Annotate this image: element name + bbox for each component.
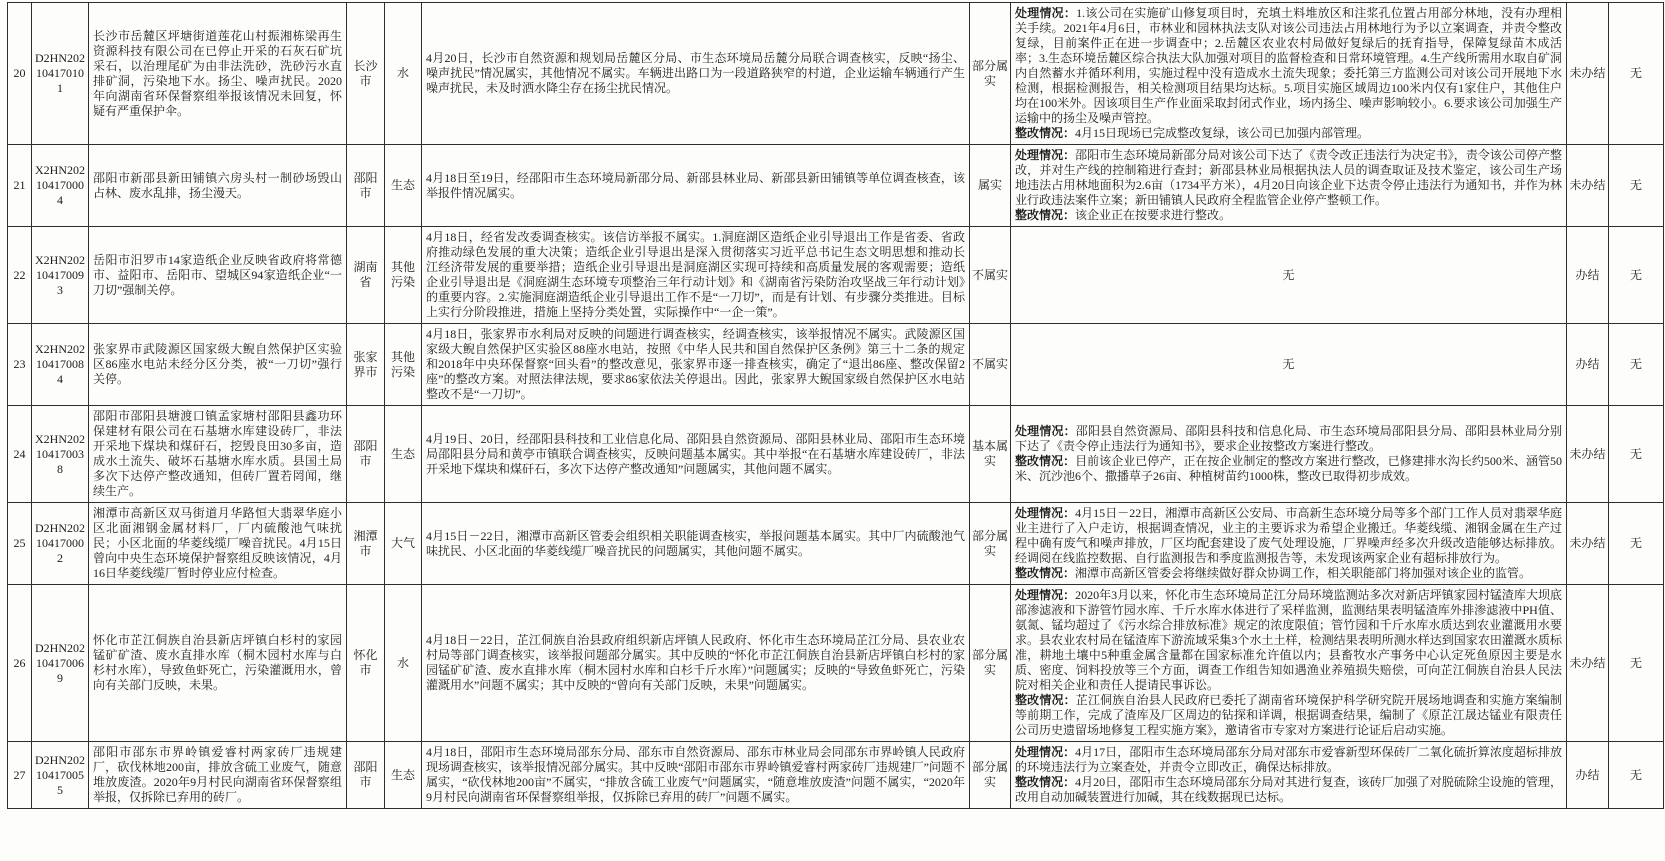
complaint-cell: 岳阳市汨罗市14家造纸企业反映省政府将常德市、益阳市、岳阳市、望城区94家造纸企…	[89, 227, 347, 324]
handling-section-label: 处理情况：	[1015, 745, 1075, 759]
status-cell: 未办结	[1567, 503, 1609, 585]
handling-section: 处理情况：4月17日，邵阳市生态环境局邵东分局对邵东市爱睿新型环保砖厂二氧化硫折…	[1015, 745, 1562, 775]
handling-section: 处理情况：1.该公司在实施矿山修复项目时，充填土料堆放区和注浆孔位置占用部分林地…	[1015, 6, 1562, 126]
accountability-cell: 无	[1609, 227, 1664, 324]
verdict-cell: 部分属实	[970, 503, 1011, 585]
case-id-cell: D2HN202104170101	[32, 3, 89, 145]
type-cell: 生态	[385, 742, 422, 809]
complaint-cell: 邵阳市邵阳县塘渡口镇孟家塘村邵阳县鑫功环保建材有限公司在石基塘水库建设砖厂，非法…	[89, 406, 347, 503]
case-id-cell: X2HN202104170084	[32, 324, 89, 406]
handling-cell: 处理情况：1.该公司在实施矿山修复项目时，充填土料堆放区和注浆孔位置占用部分林地…	[1011, 3, 1567, 145]
verdict-cell: 属实	[970, 145, 1011, 227]
accountability-cell: 无	[1609, 503, 1664, 585]
handling-cell: 处理情况：邵阳市生态环境局新邵分局对该公司下达了《责令改正违法行为决定书》，责令…	[1011, 145, 1567, 227]
complaint-handling-table: 20D2HN202104170101长沙市岳麓区坪塘街道莲花山村振湘栋梁再生资源…	[7, 2, 1664, 809]
table-row: 23X2HN202104170084张家界市武陵源区国家级大鲵自然保护区实验区8…	[8, 324, 1664, 406]
verdict-cell: 不属实	[970, 227, 1011, 324]
case-id-cell: X2HN202104170038	[32, 406, 89, 503]
verification-cell: 4月20日，长沙市自然资源和规划局岳麓区分局、市生态环境局岳麓分局联合调查核实，…	[422, 3, 970, 145]
status-cell: 未办结	[1567, 145, 1609, 227]
accountability-cell: 无	[1609, 145, 1664, 227]
handling-section: 处理情况：4月15日－22日，湘潭市高新区公安局、市高新生态环境分局等多个部门工…	[1015, 506, 1562, 566]
accountability-cell: 无	[1609, 742, 1664, 809]
type-cell: 生态	[385, 406, 422, 503]
type-cell: 生态	[385, 145, 422, 227]
status-cell: 办结	[1567, 324, 1609, 406]
handling-section-label: 整改情况：	[1015, 566, 1075, 580]
row-number-cell: 26	[8, 585, 32, 742]
verification-cell: 4月18日，经省发改委调查核实。该信访举报不属实。1.洞庭湖区造纸企业引导退出工…	[422, 227, 970, 324]
status-cell: 未办结	[1567, 3, 1609, 145]
accountability-cell: 无	[1609, 324, 1664, 406]
complaint-cell: 邵阳市新邵县新田铺镇六房头村一制砂场毁山占林、废水乱排，扬尘漫天。	[89, 145, 347, 227]
verification-cell: 4月18日，邵阳市生态环境局邵东分局、邵东市自然资源局、邵东市林业局会同邵东市界…	[422, 742, 970, 809]
handling-section: 处理情况：邵阳县自然资源局、邵阳县科技和信息化局、市生态环境局邵阳县分局、邵阳县…	[1015, 424, 1562, 454]
row-number-cell: 20	[8, 3, 32, 145]
handling-section: 整改情况：湘潭市高新区管委会将继续做好群众协调工作，相关职能部门将加强对该企业的…	[1015, 566, 1562, 581]
row-number-cell: 24	[8, 406, 32, 503]
type-cell: 水	[385, 585, 422, 742]
handling-section-label: 整改情况：	[1015, 454, 1075, 468]
table-row: 22X2HN202104170093岳阳市汨罗市14家造纸企业反映省政府将常德市…	[8, 227, 1664, 324]
handling-cell: 处理情况：邵阳县自然资源局、邵阳县科技和信息化局、市生态环境局邵阳县分局、邵阳县…	[1011, 406, 1567, 503]
scanned-table-page: 20D2HN202104170101长沙市岳麓区坪塘街道莲花山村振湘栋梁再生资源…	[0, 0, 1665, 861]
handling-section-label: 处理情况：	[1015, 424, 1076, 438]
row-number-cell: 27	[8, 742, 32, 809]
verdict-cell: 部分属实	[970, 3, 1011, 145]
verification-cell: 4月19日、20日，经邵阳县科技和工业信息化局、邵阳县自然资源局、邵阳县林业局、…	[422, 406, 970, 503]
row-number-cell: 21	[8, 145, 32, 227]
row-number-cell: 25	[8, 503, 32, 585]
verdict-cell: 部分属实	[970, 585, 1011, 742]
city-cell: 长沙市	[347, 3, 385, 145]
city-cell: 怀化市	[347, 585, 385, 742]
verification-cell: 4月18日－22日，芷江侗族自治县政府组织新店坪镇人民政府、怀化市生态环境局芷江…	[422, 585, 970, 742]
handling-cell: 无	[1011, 227, 1567, 324]
accountability-cell: 无	[1609, 406, 1664, 503]
verdict-cell: 部分属实	[970, 742, 1011, 809]
status-cell: 办结	[1567, 742, 1609, 809]
handling-section: 整改情况：该企业正在按要求进行整改。	[1015, 208, 1562, 223]
type-cell: 其他污染	[385, 227, 422, 324]
handling-section-label: 整改情况：	[1015, 775, 1075, 789]
table-row: 27D2HN202104170055邵阳市邵东市界岭镇爱睿村两家砖厂违规建厂，砍…	[8, 742, 1664, 809]
handling-section: 整改情况：4月15日现场已完成整改复绿，该公司已加强内部管理。	[1015, 126, 1562, 141]
handling-section: 处理情况：邵阳市生态环境局新邵分局对该公司下达了《责令改正违法行为决定书》，责令…	[1015, 148, 1562, 208]
accountability-cell: 无	[1609, 3, 1664, 145]
verdict-cell: 不属实	[970, 324, 1011, 406]
city-cell: 邵阳市	[347, 742, 385, 809]
handling-section-label: 整改情况：	[1015, 126, 1075, 140]
accountability-cell: 无	[1609, 585, 1664, 742]
handling-section-label: 整改情况：	[1015, 208, 1075, 222]
handling-cell: 处理情况：2020年3月以来，怀化市生态环境局芷江分局环境监测站多次对新店坪镇家…	[1011, 585, 1567, 742]
city-cell: 湘潭市	[347, 503, 385, 585]
table-row: 26D2HN202104170069怀化市芷江侗族自治县新店坪镇白杉村的家园锰矿…	[8, 585, 1664, 742]
status-cell: 未办结	[1567, 585, 1609, 742]
city-cell: 湖南省	[347, 227, 385, 324]
handling-section-label: 处理情况：	[1015, 588, 1075, 602]
city-cell: 邵阳市	[347, 406, 385, 503]
handling-section-label: 整改情况：	[1015, 693, 1076, 707]
handling-section: 处理情况：2020年3月以来，怀化市生态环境局芷江分局环境监测站多次对新店坪镇家…	[1015, 588, 1562, 693]
case-id-cell: X2HN202104170004	[32, 145, 89, 227]
handling-section-label: 处理情况：	[1015, 6, 1076, 20]
verdict-cell: 基本属实	[970, 406, 1011, 503]
handling-section: 整改情况：目前该企业已停产，正在按企业制定的整改方案进行整改，已修建排水沟长约5…	[1015, 454, 1562, 484]
handling-section-label: 处理情况：	[1015, 148, 1075, 162]
handling-section-label: 处理情况：	[1015, 506, 1075, 520]
verification-cell: 4月15日－22日，湘潭市高新区管委会组织相关职能调查核实，举报问题基本属实。其…	[422, 503, 970, 585]
case-id-cell: D2HN202104170002	[32, 503, 89, 585]
type-cell: 大气	[385, 503, 422, 585]
table-row: 25D2HN202104170002湘潭市高新区双马街道月华路恒大翡翠华庭小区北…	[8, 503, 1664, 585]
complaint-cell: 湘潭市高新区双马街道月华路恒大翡翠华庭小区北面湘钢金属材料厂，厂内硫酸池气味扰民…	[89, 503, 347, 585]
type-cell: 水	[385, 3, 422, 145]
row-number-cell: 23	[8, 324, 32, 406]
handling-cell: 无	[1011, 324, 1567, 406]
status-cell: 未办结	[1567, 406, 1609, 503]
case-id-cell: D2HN202104170069	[32, 585, 89, 742]
city-cell: 邵阳市	[347, 145, 385, 227]
handling-cell: 处理情况：4月15日－22日，湘潭市高新区公安局、市高新生态环境分局等多个部门工…	[1011, 503, 1567, 585]
handling-section: 整改情况：4月20日，邵阳市生态环境局邵东分局对其进行复查，该砖厂加强了对脱硫除…	[1015, 775, 1562, 805]
case-id-cell: X2HN202104170093	[32, 227, 89, 324]
table-row: 24X2HN202104170038邵阳市邵阳县塘渡口镇孟家塘村邵阳县鑫功环保建…	[8, 406, 1664, 503]
handling-cell: 处理情况：4月17日，邵阳市生态环境局邵东分局对邵东市爱睿新型环保砖厂二氧化硫折…	[1011, 742, 1567, 809]
type-cell: 其他污染	[385, 324, 422, 406]
case-id-cell: D2HN202104170055	[32, 742, 89, 809]
table-row: 20D2HN202104170101长沙市岳麓区坪塘街道莲花山村振湘栋梁再生资源…	[8, 3, 1664, 145]
city-cell: 张家界市	[347, 324, 385, 406]
table-row: 21X2HN202104170004邵阳市新邵县新田铺镇六房头村一制砂场毁山占林…	[8, 145, 1664, 227]
complaint-cell: 怀化市芷江侗族自治县新店坪镇白杉村的家园锰矿矿渣、废水直排水库（桐木园村水库与白…	[89, 585, 347, 742]
verification-cell: 4月18日至19日，经邵阳市生态环境局新邵分局、新邵县林业局、新邵县新田铺镇等单…	[422, 145, 970, 227]
handling-section: 整改情况：芷江侗族自治县人民政府已委托了湖南省环境保护科学研究院开展场地调查和实…	[1015, 693, 1562, 738]
status-cell: 办结	[1567, 227, 1609, 324]
complaint-cell: 邵阳市邵东市界岭镇爱睿村两家砖厂违规建厂，砍伐林地200亩，排放含硫工业废气，随…	[89, 742, 347, 809]
verification-cell: 4月18日，张家界市水利局对反映的问题进行调查核实，经调查核实，该举报情况不属实…	[422, 324, 970, 406]
complaint-cell: 长沙市岳麓区坪塘街道莲花山村振湘栋梁再生资源科技有限公司在已停止开采的石灰石矿坑…	[89, 3, 347, 145]
row-number-cell: 22	[8, 227, 32, 324]
complaint-cell: 张家界市武陵源区国家级大鲵自然保护区实验区86座水电站未经分区分类，被“一刀切”…	[89, 324, 347, 406]
